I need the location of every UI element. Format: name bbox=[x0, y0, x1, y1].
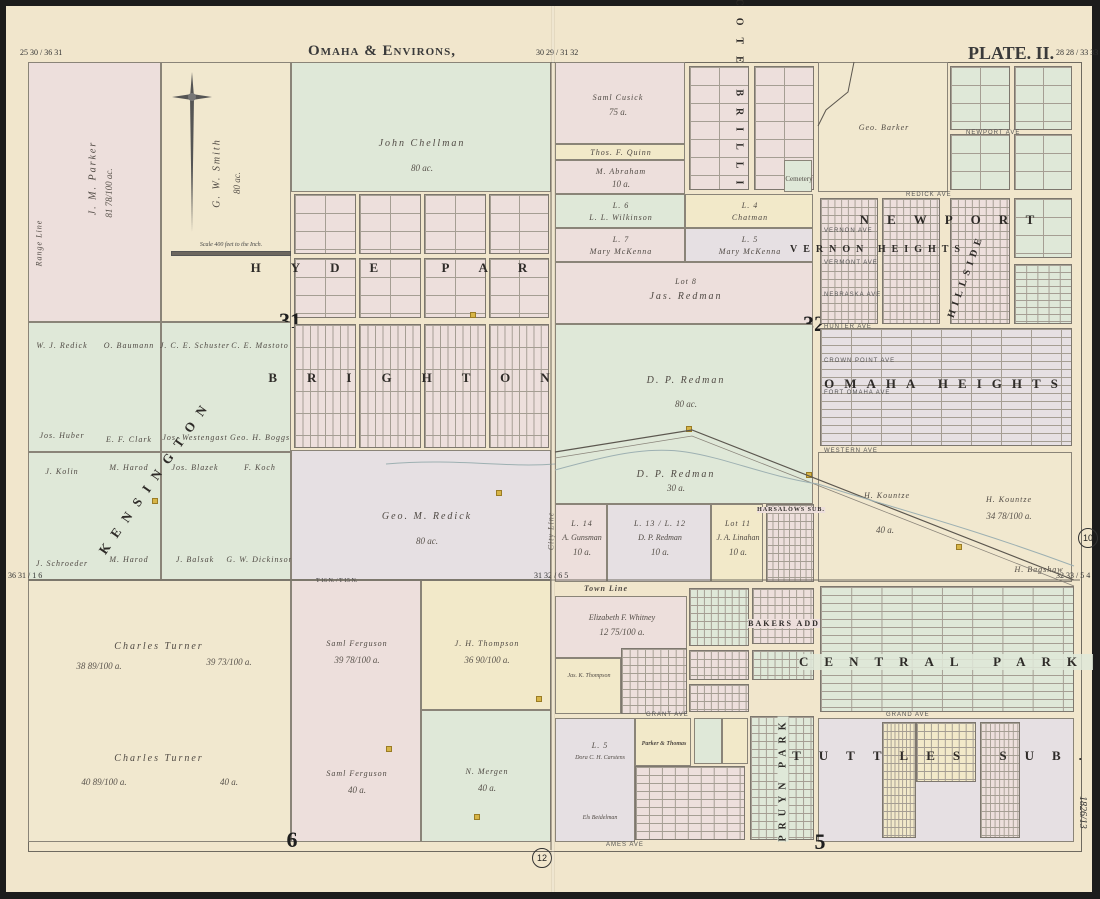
map-sheet: Omaha & Environs, PLATE. II. J. M. Parke… bbox=[6, 6, 1092, 892]
railroad-line bbox=[6, 6, 1092, 892]
